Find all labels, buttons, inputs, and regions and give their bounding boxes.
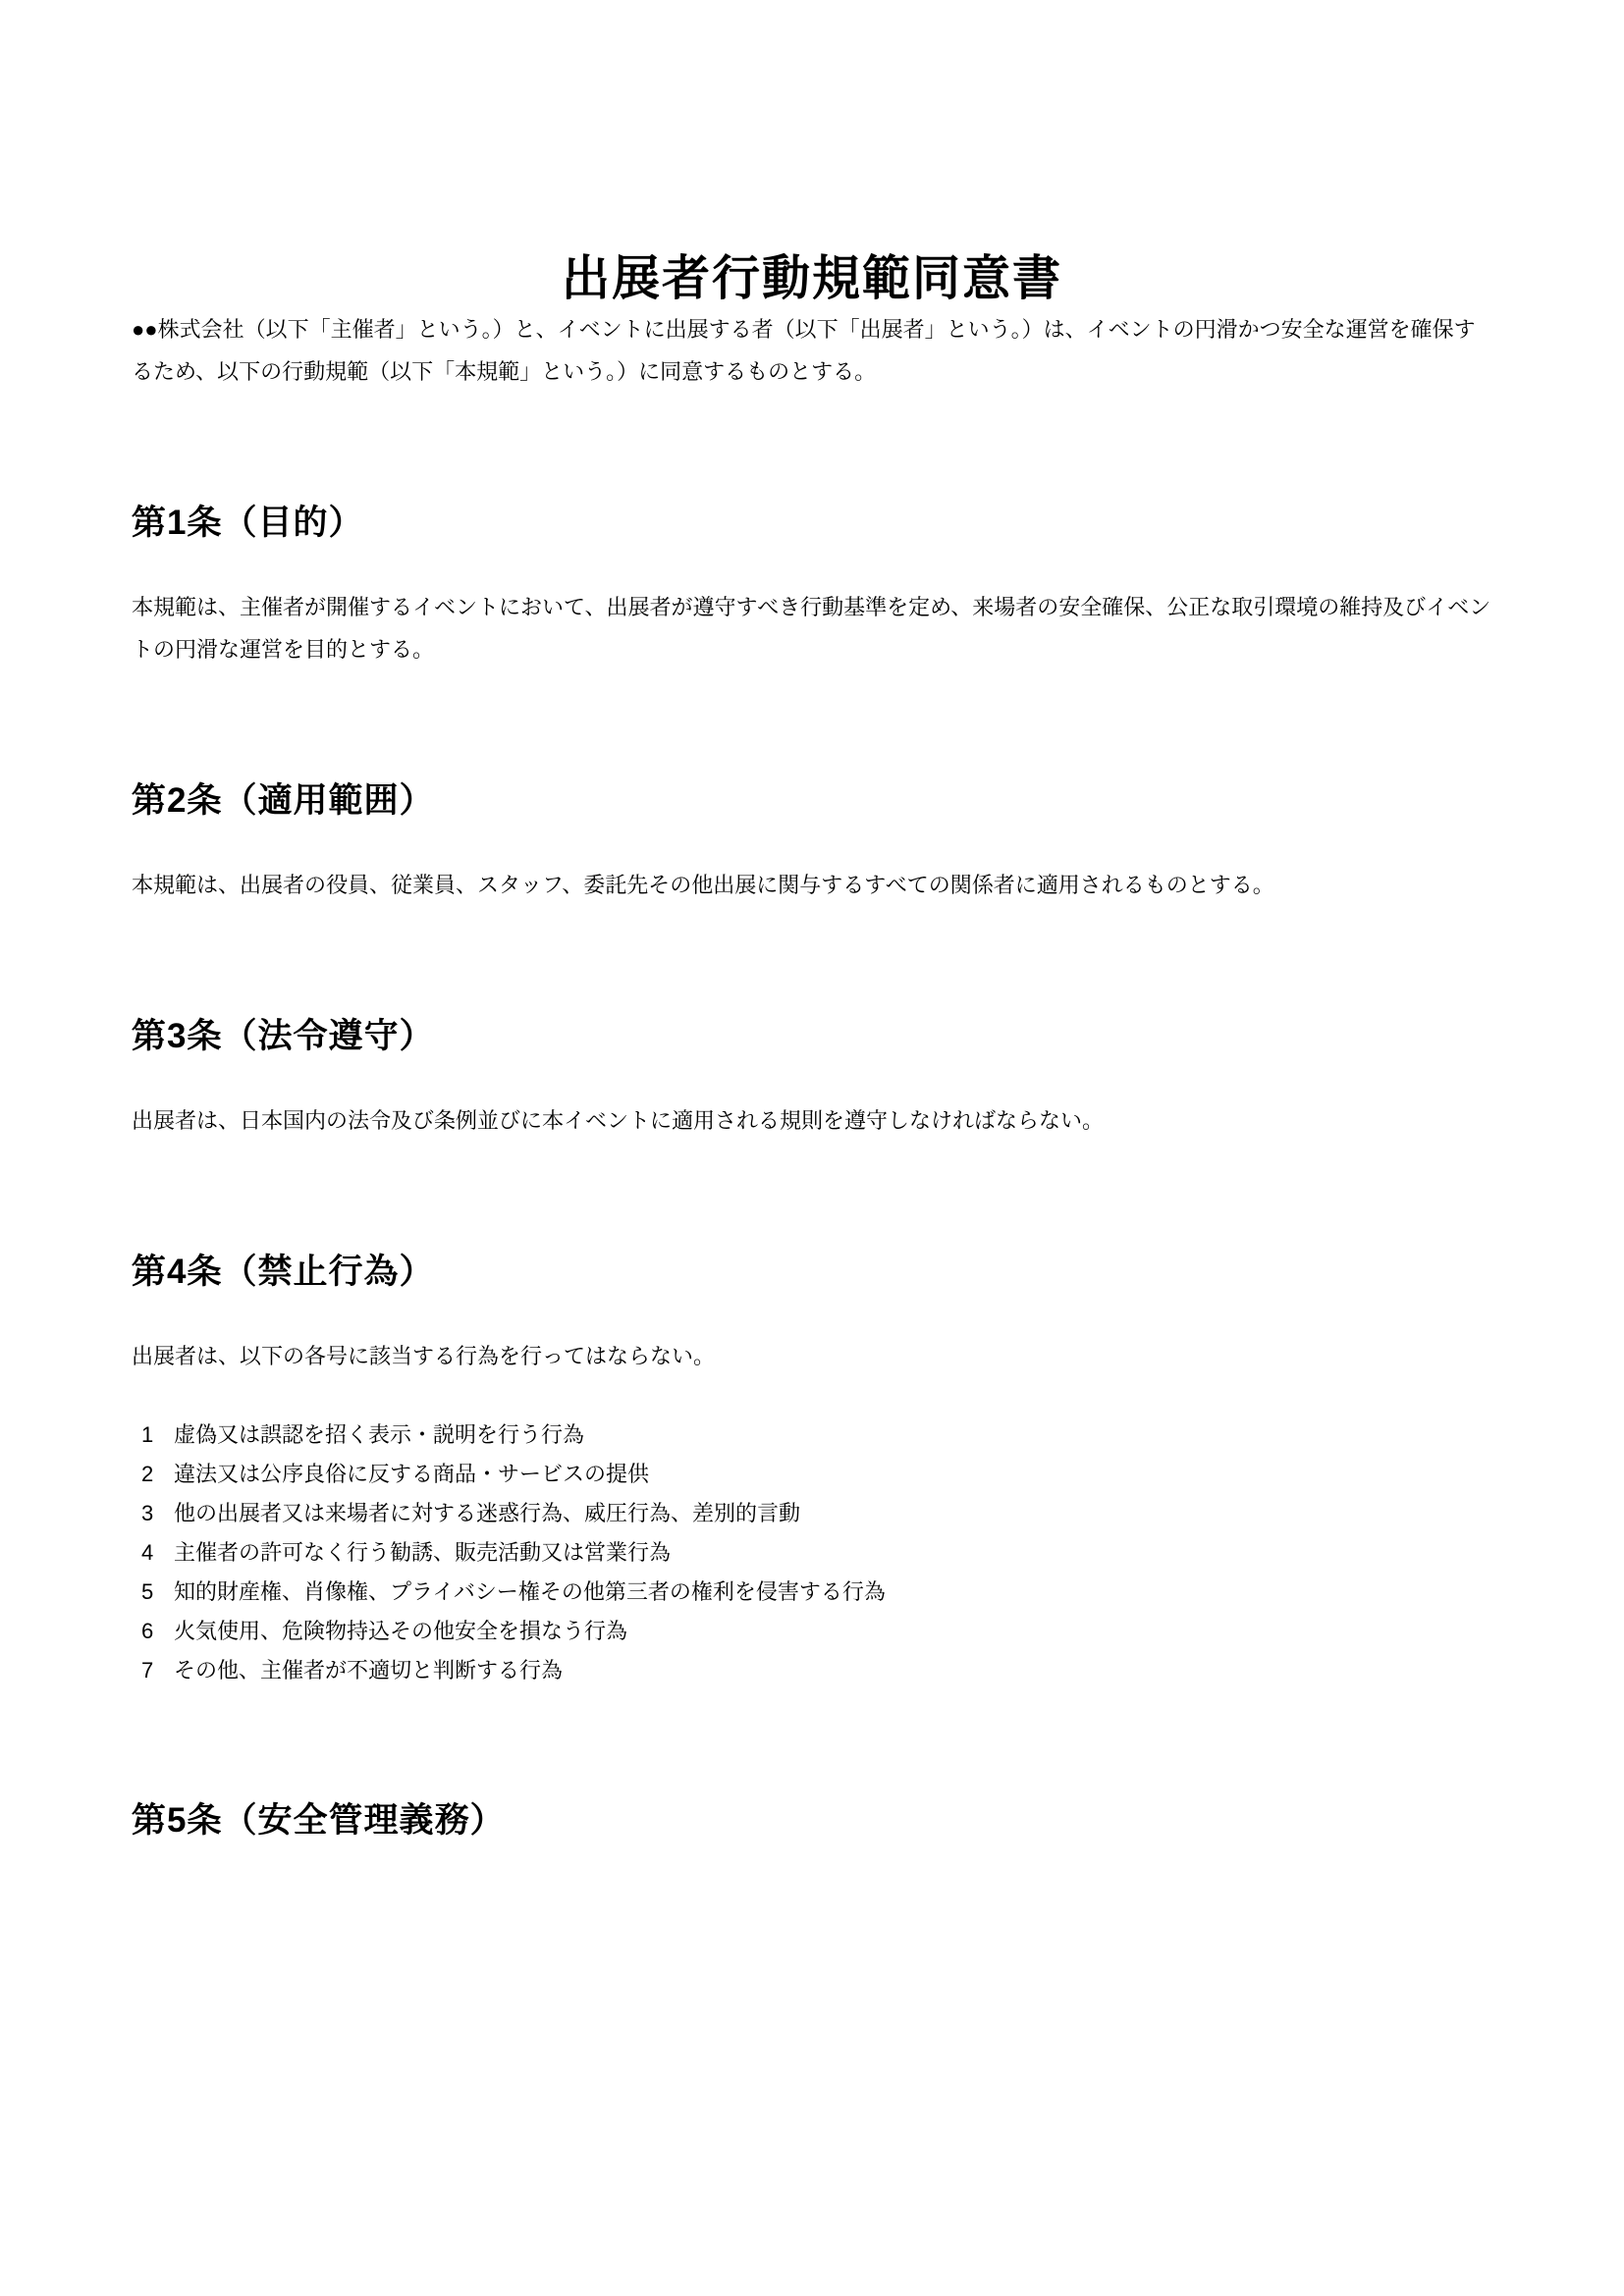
list-item-number: 7 xyxy=(141,1651,163,1690)
document-title: 出展者行動規範同意書 xyxy=(132,250,1492,308)
list-item-number: 5 xyxy=(141,1573,163,1612)
list-item-text: その他、主催者が不適切と判断する行為 xyxy=(174,1651,1492,1690)
list-item-number: 2 xyxy=(141,1455,163,1494)
document-page: 出展者行動規範同意書 ●●株式会社（以下「主催者」という。）と、イベントに出展す… xyxy=(0,0,1624,2296)
list-item: 5 知的財産権、肖像権、プライバシー権その他第三者の権利を侵害する行為 xyxy=(132,1573,1492,1612)
list-item: 3 他の出展者又は来場者に対する迷惑行為、威圧行為、差別的言動 xyxy=(132,1494,1492,1533)
article-5-heading: 第5条（安全管理義務） xyxy=(132,1796,1492,1844)
list-item-text: 他の出展者又は来場者に対する迷惑行為、威圧行為、差別的言動 xyxy=(174,1494,1492,1533)
article-2-body: 本規範は、出展者の役員、従業員、スタッフ、委託先その他出展に関与するすべての関係… xyxy=(132,864,1492,906)
section-article-5: 第5条（安全管理義務） xyxy=(132,1796,1492,1844)
list-item: 6 火気使用、危険物持込その他安全を損なう行為 xyxy=(132,1612,1492,1651)
article-2-heading: 第2条（適用範囲） xyxy=(132,776,1492,825)
intro-paragraph: ●●株式会社（以下「主催者」という。）と、イベントに出展する者（以下「出展者」と… xyxy=(132,308,1492,393)
article-3-body: 出展者は、日本国内の法令及び条例並びに本イベントに適用される規則を遵守しなければ… xyxy=(132,1099,1492,1142)
list-item: 2 違法又は公序良俗に反する商品・サービスの提供 xyxy=(132,1455,1492,1494)
list-item-number: 6 xyxy=(141,1612,163,1651)
article-4-heading: 第4条（禁止行為） xyxy=(132,1248,1492,1296)
section-article-1: 第1条（目的） 本規範は、主催者が開催するイベントにおいて、出展者が遵守すべき行… xyxy=(132,499,1492,670)
article-1-heading: 第1条（目的） xyxy=(132,499,1492,547)
list-item-text: 虚偽又は誤認を招く表示・説明を行う行為 xyxy=(174,1415,1492,1455)
list-item: 1 虚偽又は誤認を招く表示・説明を行う行為 xyxy=(132,1415,1492,1455)
list-item-text: 火気使用、危険物持込その他安全を損なう行為 xyxy=(174,1612,1492,1651)
article-1-body: 本規範は、主催者が開催するイベントにおいて、出展者が遵守すべき行動基準を定め、来… xyxy=(132,586,1492,670)
article-4-body: 出展者は、以下の各号に該当する行為を行ってはならない。 xyxy=(132,1335,1492,1377)
list-item-text: 知的財産権、肖像権、プライバシー権その他第三者の権利を侵害する行為 xyxy=(174,1573,1492,1612)
section-article-4: 第4条（禁止行為） 出展者は、以下の各号に該当する行為を行ってはならない。 1 … xyxy=(132,1248,1492,1690)
section-article-2: 第2条（適用範囲） 本規範は、出展者の役員、従業員、スタッフ、委託先その他出展に… xyxy=(132,776,1492,906)
list-item-text: 違法又は公序良俗に反する商品・サービスの提供 xyxy=(174,1455,1492,1494)
article-3-heading: 第3条（法令遵守） xyxy=(132,1012,1492,1060)
list-item-text: 主催者の許可なく行う勧誘、販売活動又は営業行為 xyxy=(174,1533,1492,1573)
list-item: 7 その他、主催者が不適切と判断する行為 xyxy=(132,1651,1492,1690)
prohibited-acts-list: 1 虚偽又は誤認を招く表示・説明を行う行為 2 違法又は公序良俗に反する商品・サ… xyxy=(132,1415,1492,1690)
section-article-3: 第3条（法令遵守） 出展者は、日本国内の法令及び条例並びに本イベントに適用される… xyxy=(132,1012,1492,1142)
list-item-number: 1 xyxy=(141,1415,163,1455)
list-item-number: 3 xyxy=(141,1494,163,1533)
list-item: 4 主催者の許可なく行う勧誘、販売活動又は営業行為 xyxy=(132,1533,1492,1573)
list-item-number: 4 xyxy=(141,1533,163,1573)
